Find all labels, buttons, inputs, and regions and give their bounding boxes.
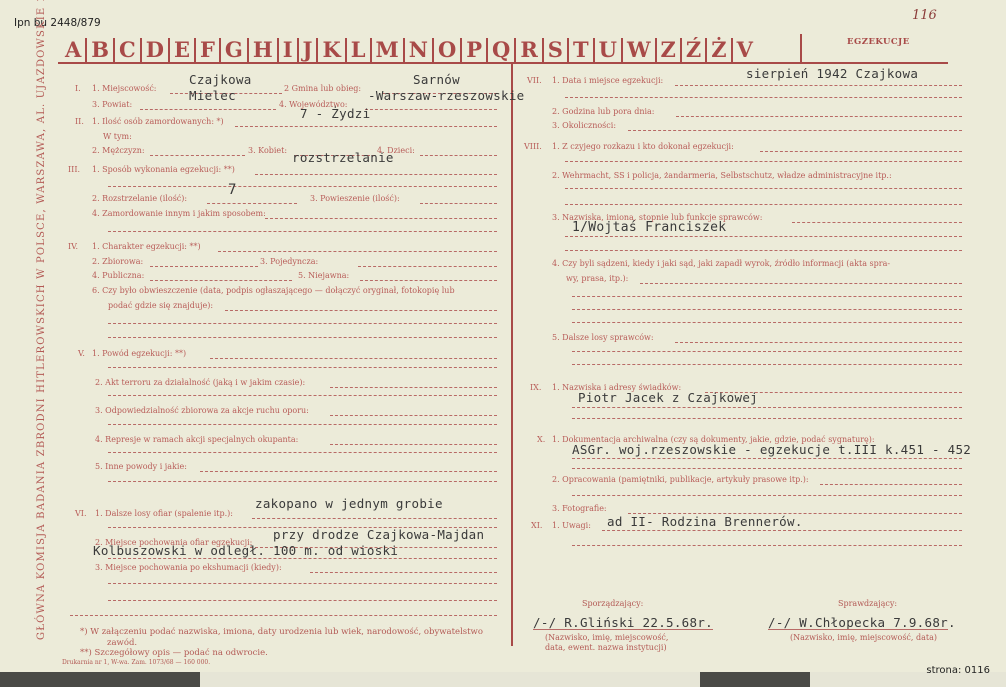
footnote-2: **) Szczegółowy opis — podać na odwrocie… — [80, 648, 268, 658]
verified-by-value[interactable]: /-/ W.Chłopecka 7.9.68r. — [768, 615, 956, 630]
value-miejsce-pochowania-cont[interactable]: Kolbuszowski w odległ. 100 m. od wioski — [93, 543, 398, 558]
line — [792, 222, 962, 223]
label-obwieszczenie: 6. Czy było obwieszczenie (data, podpis … — [92, 286, 455, 295]
value-sposob[interactable]: rozstrzelanie — [292, 150, 394, 165]
line — [676, 116, 962, 117]
label-miejscowosc: 1. Miejscowość: — [92, 84, 157, 93]
label-sadzeni-cont: wy, prasa, itp.): — [566, 274, 628, 283]
alphabet-letter: J — [299, 38, 319, 62]
line — [252, 518, 497, 519]
header-rule — [58, 62, 948, 64]
line — [235, 126, 497, 127]
label-powieszenie: 3. Powieszenie (ilość): — [310, 194, 400, 203]
line — [150, 280, 292, 281]
line — [572, 407, 962, 408]
line — [255, 174, 497, 175]
line — [420, 155, 497, 156]
alphabet-letter: V — [733, 38, 757, 62]
page-number: strona: 0116 — [926, 665, 990, 676]
section-num-V: V. — [78, 349, 85, 358]
prepared-by-value[interactable]: /-/ R.Gliński 22.5.68r. — [533, 615, 713, 630]
line — [572, 468, 962, 469]
alphabet-letter: B — [87, 38, 115, 62]
line — [533, 629, 713, 630]
label-gmina: 2 Gmina lub obieg: — [284, 84, 361, 93]
value-rozstrzelanie[interactable]: 7 — [228, 182, 237, 198]
label-pojedyncza: 3. Pojedyncza: — [260, 257, 318, 266]
line — [108, 452, 497, 453]
handwritten-page-tally: 116 — [912, 8, 937, 23]
line — [675, 85, 962, 86]
section-num-IX: IX. — [530, 383, 541, 392]
alphabet-letter: C — [115, 38, 142, 62]
label-charakter: 1. Charakter egzekucji: **) — [92, 242, 201, 251]
label-akt-terroru: 2. Akt terroru za działalność (jaką i w … — [95, 378, 305, 387]
line — [200, 471, 497, 472]
line — [108, 337, 497, 338]
alphabet-letter: Ź — [682, 38, 707, 62]
value-swiadkowie[interactable]: Piotr Jacek z Czajkowej — [578, 390, 758, 405]
line — [572, 458, 962, 459]
column-divider — [511, 62, 513, 646]
line — [207, 203, 297, 204]
label-powod: 1. Powód egzekucji: **) — [92, 349, 186, 358]
section-num-VII: VII. — [527, 76, 542, 85]
label-rozstrzelanie: 2. Rozstrzelanie (ilość): — [92, 194, 187, 203]
alphabet-letter: U — [595, 38, 623, 62]
label-niejawna: 5. Niejawna: — [298, 271, 349, 280]
label-zbiorowa: 2. Zbiorowa: — [92, 257, 143, 266]
alphabet-letter: A — [61, 38, 87, 62]
label-ekshumacja: 3. Miejsce pochowania po ekshumacji (kie… — [95, 563, 282, 572]
line — [675, 342, 962, 343]
line — [140, 109, 276, 110]
line — [150, 266, 258, 267]
line — [572, 322, 962, 323]
alphabet-letter: S — [544, 38, 569, 62]
printer-info: Drukarnia nr 1, W-wa. Zam. 1073/68 — 160… — [62, 659, 210, 666]
label-opracowania: 2. Opracowania (pamiętniki, publikacje, … — [552, 475, 809, 484]
line — [218, 251, 497, 252]
alphabet-letter: F — [196, 38, 221, 62]
label-uwagi: 1. Uwagi: — [552, 521, 591, 530]
verified-by-title: Sprawdzający: — [838, 599, 897, 608]
line — [330, 415, 497, 416]
line — [565, 188, 962, 189]
line — [358, 266, 497, 267]
prepared-by-caption: (Nazwisko, imię, miejscowość, — [545, 633, 668, 642]
label-sadzeni: 4. Czy byli sądzeni, kiedy i jaki sąd, j… — [552, 259, 890, 268]
line — [108, 583, 497, 584]
line — [108, 395, 497, 396]
label-rozkaz: 1. Z czyjego rozkazu i kto dokonał egzek… — [552, 142, 734, 151]
prepared-by-title: Sporządzający: — [582, 599, 643, 608]
line — [572, 545, 962, 546]
line — [330, 387, 497, 388]
line — [150, 155, 245, 156]
value-miejscowosc[interactable]: Czajkowa — [189, 72, 252, 87]
alphabet-letter: Ż — [707, 38, 732, 62]
value-wojewodztwo[interactable]: -Warszaw-rzeszowskie — [368, 88, 525, 103]
label-okolicznosci: 3. Okoliczności: — [552, 121, 616, 130]
label-dalsze-losy: 1. Dalsze losy ofiar (spalenie itp.): — [95, 509, 233, 518]
label-sposob: 1. Sposób wykonania egzekucji: **) — [92, 165, 235, 174]
line — [225, 310, 497, 311]
alphabet-letter: M — [372, 38, 405, 62]
line — [420, 203, 497, 204]
footnote-1-cont: zawód. — [107, 638, 137, 648]
line — [565, 236, 962, 237]
label-data-miejsce: 1. Data i miejsce egzekucji: — [552, 76, 663, 85]
label-dalsze-losy-sprawcow: 5. Dalsze losy sprawców: — [552, 333, 654, 342]
document-page: Ipn bu 2448/879 116 ABCDEFGHIJKLMNOPQRST… — [0, 0, 1006, 672]
value-dokumentacja[interactable]: ASGr. woj.rzeszowskie - egzekucje t.III … — [572, 442, 971, 457]
line — [365, 109, 497, 110]
label-zamordowanie: 4. Zamordowanie innym i jakim sposobem: — [92, 209, 266, 218]
line — [360, 280, 497, 281]
line — [760, 151, 962, 152]
alphabet-letter: T — [569, 38, 595, 62]
value-data-miejsce[interactable]: sierpień 1942 Czajkowa — [746, 66, 918, 81]
section-num-VI: VI. — [75, 509, 86, 518]
alphabet-letter: D — [142, 38, 170, 62]
line — [330, 444, 497, 445]
alphabet-letter: E — [170, 38, 196, 62]
header-separator — [800, 34, 802, 64]
value-ilosc-osob[interactable]: 7 - Żydzi — [300, 106, 370, 121]
alphabet-letter: R — [516, 38, 543, 62]
line — [108, 367, 497, 368]
line — [265, 218, 497, 219]
section-num-IV: IV. — [68, 242, 78, 251]
line — [565, 161, 962, 162]
line — [820, 484, 962, 485]
label-represje: 4. Represje w ramach akcji specjalnych o… — [95, 435, 298, 444]
line — [108, 186, 497, 187]
line — [565, 204, 962, 205]
section-num-III: III. — [68, 165, 80, 174]
section-num-VIII: VIII. — [524, 142, 542, 151]
line — [572, 418, 962, 419]
alphabet-letter: P — [462, 38, 488, 62]
line — [572, 495, 962, 496]
label-publiczna: 4. Publiczna: — [92, 271, 144, 280]
line — [572, 351, 962, 352]
alphabet-letter: H — [249, 38, 279, 62]
alphabet-letter: Z — [657, 38, 682, 62]
line — [108, 558, 497, 559]
label-obwieszczenie-cont: podać gdzie się znajduje): — [108, 301, 213, 310]
section-num-XI: XI. — [531, 521, 542, 530]
label-odpowiedzialnosc: 3. Odpowiedzialność zbiorowa za akcje ru… — [95, 406, 309, 415]
section-num-I: I. — [75, 84, 81, 93]
alphabet-letter: K — [318, 38, 346, 62]
label-inne-powody: 5. Inne powody i jakie: — [95, 462, 187, 471]
line — [768, 629, 948, 630]
line — [310, 572, 497, 573]
line — [572, 309, 962, 310]
label-powiat: 3. Powiat: — [92, 100, 132, 109]
line — [602, 530, 962, 531]
line — [210, 358, 497, 359]
verified-by-caption: (Nazwisko, imię, miejscowość, data) — [790, 633, 937, 642]
label-godzina: 2. Godzina lub pora dnia: — [552, 107, 655, 116]
alphabet-letter: L — [347, 38, 372, 62]
value-dalsze-losy[interactable]: zakopano w jednym grobie — [255, 496, 443, 511]
scan-bottom-edge — [0, 672, 1006, 687]
line — [108, 481, 497, 482]
alphabet-letter: I — [279, 38, 299, 62]
line — [565, 250, 962, 251]
line — [108, 424, 497, 425]
alphabet-letter: Q — [488, 38, 516, 62]
label-fotografie: 3. Fotografie: — [552, 504, 607, 513]
footnote-1: *) W załączeniu podać nazwiska, imiona, … — [80, 627, 483, 637]
label-mezczyzn: 2. Mężczyzn: — [92, 146, 145, 155]
section-num-II: II. — [75, 117, 84, 126]
label-wehrmacht: 2. Wehrmacht, SS i policja, żandarmeria,… — [552, 171, 892, 180]
line — [70, 615, 497, 616]
alphabet-letter: O — [434, 38, 462, 62]
value-powiat[interactable]: Mielec — [189, 88, 236, 103]
line — [628, 130, 962, 131]
value-sprawcy[interactable]: 1/Wojtaś Franciszek — [572, 220, 726, 235]
line — [108, 323, 497, 324]
line — [108, 600, 497, 601]
line — [565, 97, 962, 98]
line — [572, 296, 962, 297]
line — [108, 231, 497, 232]
alphabet-letter: G — [221, 38, 249, 62]
alphabet-index: ABCDEFGHIJKLMNOPQRSTUWZŹŻV — [61, 36, 757, 62]
prepared-by-caption-2: data, ewent. nazwa instytucji) — [545, 643, 667, 652]
label-w-tym: W tym: — [103, 132, 132, 141]
value-uwagi[interactable]: ad II- Rodzina Brennerów. — [607, 514, 803, 529]
form-type-title: EGZEKUCJE — [847, 37, 910, 47]
line — [572, 364, 962, 365]
section-num-X: X. — [537, 435, 545, 444]
value-miejsce-pochowania[interactable]: przy drodze Czajkowa-Majdan — [273, 527, 484, 542]
line — [640, 283, 962, 284]
alphabet-letter: N — [405, 38, 434, 62]
label-kobiet: 3. Kobiet: — [248, 146, 287, 155]
issuer-side-text: GŁÓWNA KOMISJA BADANIA ZBRODNI HITLEROWS… — [36, 0, 47, 640]
label-ilosc-osob: 1. Ilość osób zamordowanych: *) — [92, 117, 224, 126]
alphabet-letter: W — [623, 38, 657, 62]
value-gmina[interactable]: Sarnów — [413, 72, 460, 87]
archive-reference: Ipn bu 2448/879 — [14, 17, 101, 29]
